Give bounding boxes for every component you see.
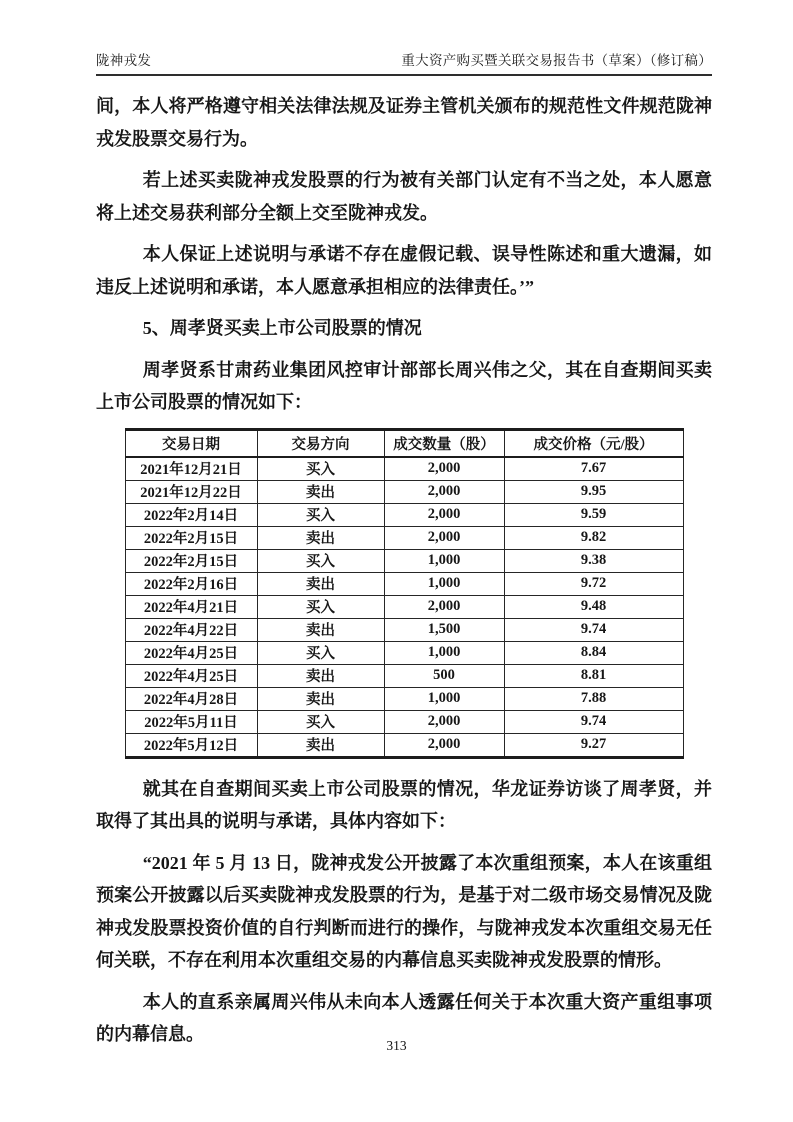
paragraph-continuation: 间，本人将严格遵守相关法律法规及证券主管机关颁布的规范性文件规范陇神戎发股票交易… [96,90,712,155]
table-cell: 2,000 [384,457,504,481]
table-cell: 9.38 [504,549,683,572]
table-cell: 9.59 [504,503,683,526]
table-cell: 2022年4月28日 [125,687,257,710]
table-cell: 2,000 [384,503,504,526]
table-cell: 买入 [257,710,384,733]
table-row: 2022年4月22日卖出1,5009.74 [125,618,683,641]
section-heading: 5、周孝贤买卖上市公司股票的情况 [96,312,712,345]
table-cell: 8.84 [504,641,683,664]
table-cell: 卖出 [257,526,384,549]
table-cell: 买入 [257,503,384,526]
table-cell: 买入 [257,595,384,618]
table-cell: 2022年2月15日 [125,526,257,549]
column-header: 成交价格（元/股） [504,429,683,457]
document-body: 间，本人将严格遵守相关法律法规及证券主管机关颁布的规范性文件规范陇神戎发股票交易… [96,90,712,1060]
table-header-row: 交易日期交易方向成交数量（股）成交价格（元/股） [125,429,683,457]
table-cell: 卖出 [257,687,384,710]
table-cell: 9.82 [504,526,683,549]
table-cell: 2,000 [384,733,504,757]
table-row: 2022年5月11日买入2,0009.74 [125,710,683,733]
table-cell: 卖出 [257,480,384,503]
table-cell: 2,000 [384,480,504,503]
paragraph-statement-quote: “2021 年 5 月 13 日，陇神戎发公开披露了本次重组预案，本人在该重组预… [96,847,712,977]
table-row: 2021年12月22日卖出2,0009.95 [125,480,683,503]
table-cell: 2022年5月11日 [125,710,257,733]
header-company-name: 陇神戎发 [96,49,151,69]
table-cell: 2022年2月16日 [125,572,257,595]
header-report-title: 重大资产购买暨关联交易报告书（草案）（修订稿） [401,49,712,69]
table-cell: 买入 [257,549,384,572]
paragraph-guarantee: 本人保证上述说明与承诺不存在虚假记载、误导性陈述和重大遗漏，如违反上述说明和承诺… [96,238,712,303]
table-cell: 8.81 [504,664,683,687]
paragraph-zhou-intro: 周孝贤系甘肃药业集团风控审计部部长周兴伟之父，其在自查期间买卖上市公司股票的情况… [96,354,712,419]
table-cell: 7.67 [504,457,683,481]
table-cell: 2021年12月21日 [125,457,257,481]
column-header: 交易方向 [257,429,384,457]
table-cell: 2022年2月14日 [125,503,257,526]
table-row: 2021年12月21日买入2,0007.67 [125,457,683,481]
table-cell: 2022年5月12日 [125,733,257,757]
table-body: 2021年12月21日买入2,0007.672021年12月22日卖出2,000… [125,457,683,758]
paragraph-commitment-profit: 若上述买卖陇神戎发股票的行为被有关部门认定有不当之处，本人愿意将上述交易获利部分… [96,164,712,229]
table-cell: 9.74 [504,710,683,733]
table-cell: 2,000 [384,710,504,733]
table-cell: 1,000 [384,549,504,572]
table-row: 2022年2月16日卖出1,0009.72 [125,572,683,595]
table-cell: 2022年2月15日 [125,549,257,572]
page-header: 陇神戎发 重大资产购买暨关联交易报告书（草案）（修订稿） [96,49,712,76]
table-cell: 9.95 [504,480,683,503]
table-row: 2022年5月12日卖出2,0009.27 [125,733,683,757]
table-cell: 2,000 [384,595,504,618]
table-row: 2022年2月15日买入1,0009.38 [125,549,683,572]
table-cell: 2022年4月22日 [125,618,257,641]
table-cell: 500 [384,664,504,687]
table-cell: 9.74 [504,618,683,641]
table-cell: 1,000 [384,687,504,710]
table-cell: 1,500 [384,618,504,641]
table-cell: 9.27 [504,733,683,757]
column-header: 成交数量（股） [384,429,504,457]
page-footer: 313 [0,1038,793,1054]
table-row: 2022年2月14日买入2,0009.59 [125,503,683,526]
table-cell: 买入 [257,457,384,481]
table-cell: 7.88 [504,687,683,710]
table-cell: 9.48 [504,595,683,618]
table-cell: 卖出 [257,733,384,757]
stock-trading-table: 交易日期交易方向成交数量（股）成交价格（元/股） 2021年12月21日买入2,… [125,428,684,759]
column-header: 交易日期 [125,429,257,457]
table-row: 2022年4月21日买入2,0009.48 [125,595,683,618]
table-cell: 2022年4月21日 [125,595,257,618]
table-row: 2022年4月28日卖出1,0007.88 [125,687,683,710]
table-cell: 9.72 [504,572,683,595]
page-number: 313 [386,1038,406,1053]
table-cell: 卖出 [257,572,384,595]
table-cell: 1,000 [384,641,504,664]
table-cell: 2022年4月25日 [125,641,257,664]
table-row: 2022年4月25日卖出5008.81 [125,664,683,687]
document-page: 陇神戎发 重大资产购买暨关联交易报告书（草案）（修订稿） 间，本人将严格遵守相关… [0,0,793,1122]
table-cell: 卖出 [257,618,384,641]
paragraph-interview: 就其在自查期间买卖上市公司股票的情况，华龙证券访谈了周孝贤，并取得了其出具的说明… [96,773,712,838]
table-cell: 2022年4月25日 [125,664,257,687]
table-cell: 2,000 [384,526,504,549]
table-row: 2022年4月25日买入1,0008.84 [125,641,683,664]
table-cell: 1,000 [384,572,504,595]
table-row: 2022年2月15日卖出2,0009.82 [125,526,683,549]
table-cell: 卖出 [257,664,384,687]
table-cell: 买入 [257,641,384,664]
table-cell: 2021年12月22日 [125,480,257,503]
